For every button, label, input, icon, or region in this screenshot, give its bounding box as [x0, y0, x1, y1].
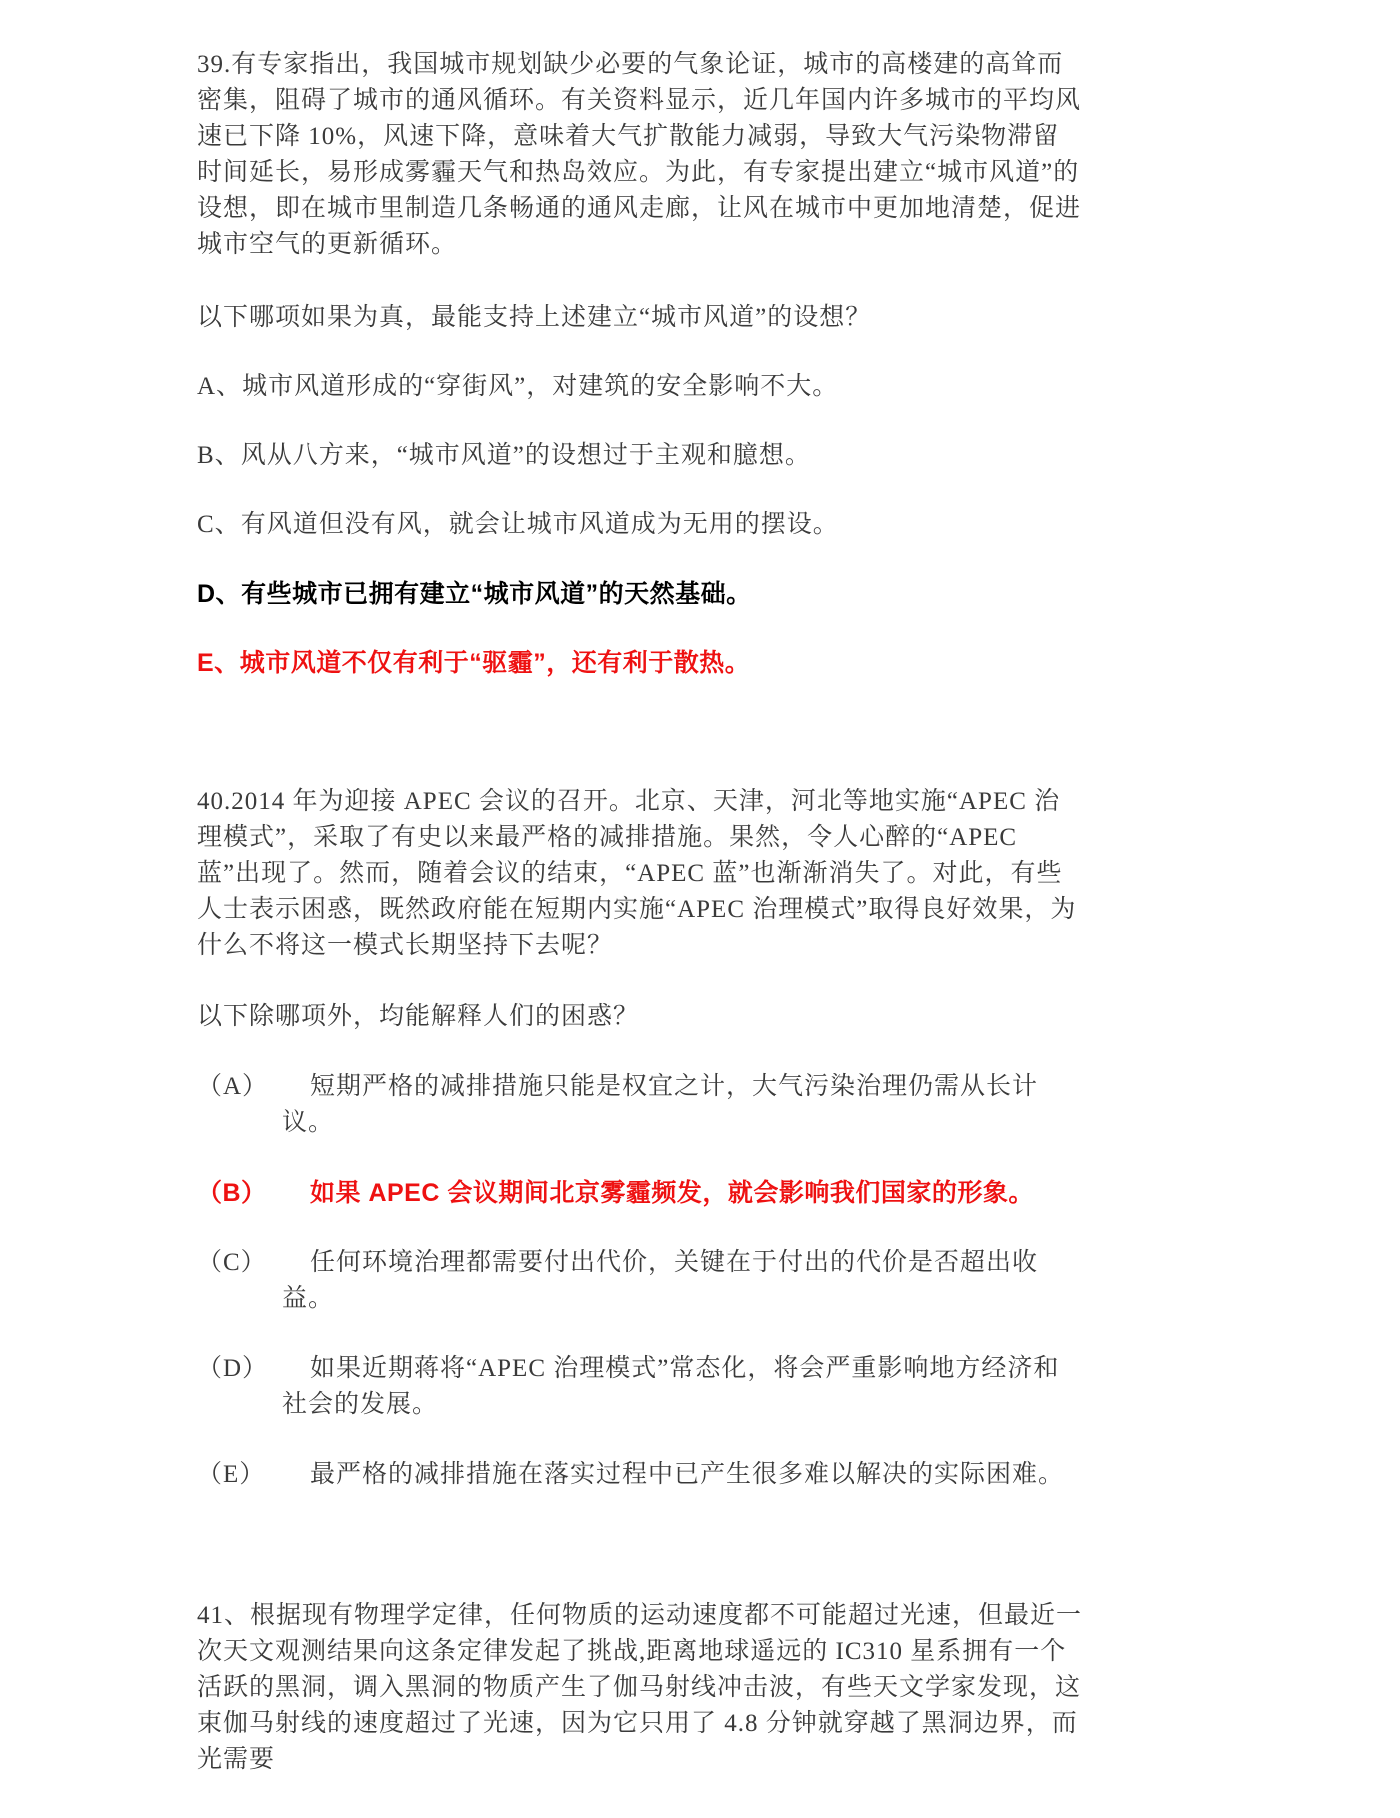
option-e-label: （E） [197, 1457, 310, 1493]
question-39: 39.有专家指出，我国城市规划缺少必要的气象论证，城市的高楼建的高耸而密集，阻碍… [197, 47, 1082, 681]
option-e-label: E、 [197, 649, 240, 677]
option-d-label: D、 [197, 580, 241, 608]
option-a-text: 短期严格的减排措施只能是权宜之计，大气污染治理仍需从长计议。 [282, 1073, 1038, 1136]
option-a-label: （A） [197, 1069, 310, 1105]
question-39-body: 39.有专家指出，我国城市规划缺少必要的气象论证，城市的高楼建的高耸而密集，阻碍… [197, 47, 1082, 263]
question-40-option-c: （C）任何环境治理都需要付出代价，关键在于付出的代价是否超出收益。 [197, 1245, 1082, 1317]
question-39-option-b: B、风从八方来，“城市风道”的设想过于主观和臆想。 [197, 438, 1082, 474]
option-b-label: （B） [197, 1175, 310, 1211]
question-40-option-b: （B）如果 APEC 会议期间北京雾霾频发，就会影响我们国家的形象。 [197, 1175, 1082, 1211]
question-40-option-d: （D）如果近期蒋将“APEC 治理模式”常态化，将会严重影响地方经济和社会的发展… [197, 1351, 1082, 1423]
option-d-label: （D） [197, 1351, 310, 1387]
option-c-label: （C） [197, 1245, 310, 1281]
question-41: 41、根据现有物理学定律，任何物质的运动速度都不可能超过光速，但最近一次天文观测… [197, 1598, 1082, 1778]
option-d-text: 如果近期蒋将“APEC 治理模式”常态化，将会严重影响地方经济和社会的发展。 [282, 1355, 1059, 1418]
option-e-text: 最严格的减排措施在落实过程中已产生很多难以解决的实际困难。 [310, 1461, 1064, 1488]
question-39-stem: 以下哪项如果为真，最能支持上述建立“城市风道”的设想？ [197, 300, 1082, 336]
question-39-option-e: E、城市风道不仅有利于“驱霾”，还有利于散热。 [197, 645, 1082, 681]
option-e-text: 城市风道不仅有利于“驱霾”，还有利于散热。 [240, 649, 751, 677]
option-b-text: 风从八方来，“城市风道”的设想过于主观和臆想。 [241, 442, 811, 469]
question-40: 40.2014 年为迎接 APEC 会议的召开。北京、天津，河北等地实施“APE… [197, 784, 1082, 1493]
option-b-label: B、 [197, 442, 241, 469]
question-40-option-e: （E）最严格的减排措施在落实过程中已产生很多难以解决的实际困难。 [197, 1457, 1082, 1493]
option-c-label: C、 [197, 511, 241, 538]
option-a-text: 城市风道形成的“穿街风”，对建筑的安全影响不大。 [242, 373, 838, 400]
option-b-text: 如果 APEC 会议期间北京雾霾频发，就会影响我们国家的形象。 [310, 1179, 1034, 1207]
question-39-option-d: D、有些城市已拥有建立“城市风道”的天然基础。 [197, 576, 1082, 612]
option-c-text: 有风道但没有风，就会让城市风道成为无用的摆设。 [241, 511, 839, 538]
question-41-body: 41、根据现有物理学定律，任何物质的运动速度都不可能超过光速，但最近一次天文观测… [197, 1598, 1082, 1778]
question-40-body: 40.2014 年为迎接 APEC 会议的召开。北京、天津，河北等地实施“APE… [197, 784, 1082, 964]
option-c-text: 任何环境治理都需要付出代价，关键在于付出的代价是否超出收益。 [282, 1249, 1038, 1312]
question-39-option-a: A、城市风道形成的“穿街风”，对建筑的安全影响不大。 [197, 369, 1082, 405]
option-d-text: 有些城市已拥有建立“城市风道”的天然基础。 [241, 580, 752, 608]
exam-document-page: 39.有专家指出，我国城市规划缺少必要的气象论证，城市的高楼建的高耸而密集，阻碍… [0, 0, 1082, 1818]
question-40-stem: 以下除哪项外，均能解释人们的困惑？ [197, 999, 1082, 1035]
question-40-option-a: （A）短期严格的减排措施只能是权宜之计，大气污染治理仍需从长计议。 [197, 1069, 1082, 1141]
question-39-option-c: C、有风道但没有风，就会让城市风道成为无用的摆设。 [197, 507, 1082, 543]
option-a-label: A、 [197, 373, 242, 400]
